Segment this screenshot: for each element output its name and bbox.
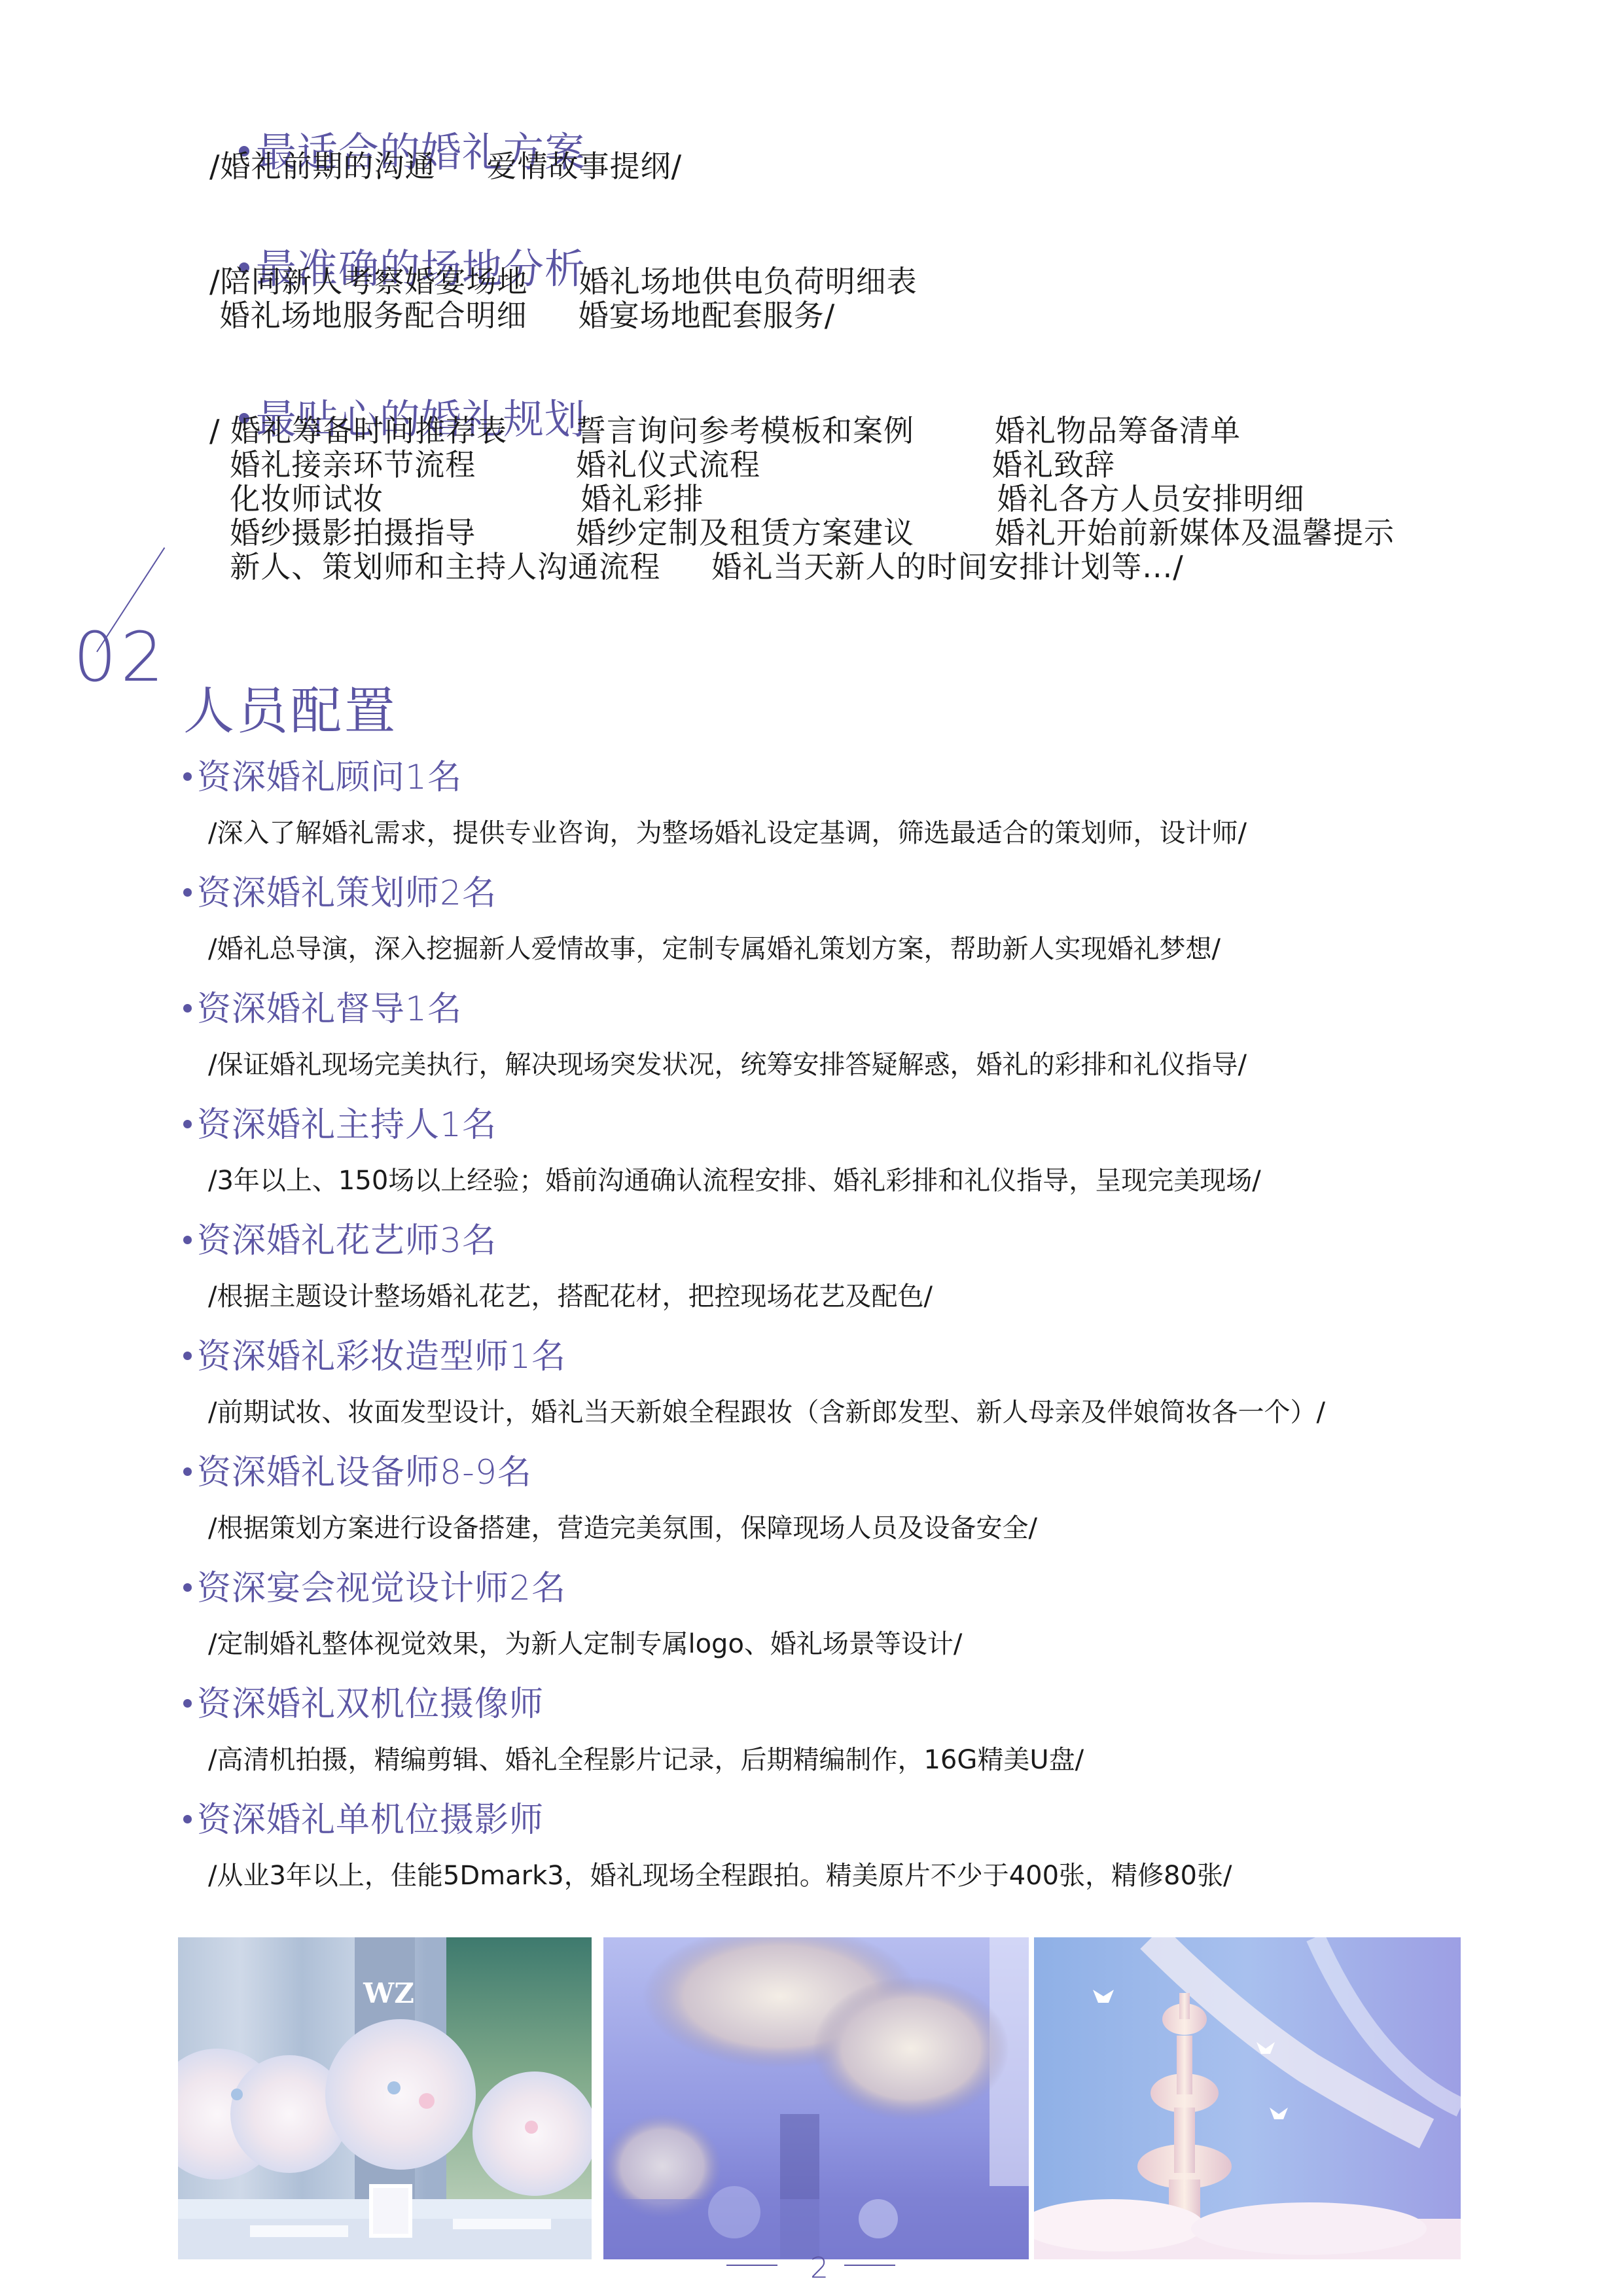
checklist-cell: 婚纱摄影拍摄指导 (209, 516, 476, 550)
staff-role-text: 资深婚礼花艺师3名 (197, 1221, 497, 1261)
staff-role: 资深婚礼主持人1名 (183, 1108, 497, 1142)
checklist-cell: 婚纱定制及租赁方案建议 (576, 516, 914, 550)
staff-role: 资深婚礼督导1名 (183, 992, 462, 1026)
staff-role-text: 资深婚礼彩妆造型师1名 (197, 1337, 566, 1376)
bullet-icon (183, 1583, 192, 1592)
staff-role: 资深婚礼花艺师3名 (183, 1224, 497, 1258)
staff-role: 资深婚礼双机位摄像师 (183, 1687, 544, 1721)
staff-desc: /根据主题设计整场婚礼花艺，搭配花材，把控现场花艺及配色/ (208, 1282, 933, 1312)
page-number: 2 (810, 2251, 829, 2285)
floral-centerpiece-image (603, 1937, 1029, 2259)
photo-hanging-flowers (603, 1937, 1029, 2259)
bullet-icon (183, 1352, 192, 1360)
section-number: 02 (73, 623, 168, 691)
checklist-cell: / 婚礼筹备时间推荐表 (209, 414, 507, 448)
staff-desc: /婚礼总导演，深入挖掘新人爱情故事，定制专属婚礼策划方案，帮助新人实现婚礼梦想/ (208, 934, 1221, 964)
svg-text:WZ: WZ (363, 1977, 414, 2009)
staff-role-text: 资深婚礼单机位摄影师 (197, 1801, 544, 1840)
photo-fountain (1034, 1937, 1461, 2259)
staff-desc: /根据策划方案进行设备搭建，营造完美氛围，保障现场人员及设备安全/ (208, 1513, 1037, 1543)
staff-role-text: 资深婚礼顾问1名 (197, 758, 462, 797)
footer-rule-right (844, 2265, 895, 2266)
checklist-cell: 婚礼致辞 (992, 448, 1115, 482)
staff-role-text: 资深婚礼主持人1名 (197, 1105, 497, 1145)
staff-role-text: 资深婚礼双机位摄像师 (197, 1685, 544, 1724)
detail-line: 婚礼场地服务配合明细 婚宴场地配套服务/ (209, 298, 835, 332)
staff-role-text: 资深婚礼设备师8-9名 (197, 1453, 532, 1492)
staff-desc: /定制婚礼整体视觉效果，为新人定制专属logo、婚礼场景等设计/ (208, 1629, 962, 1659)
fountain-doves-image (1034, 1937, 1461, 2259)
staff-desc: /从业3年以上，佳能5Dmark3，婚礼现场全程跟拍。精美原片不少于400张，精… (208, 1861, 1232, 1891)
staff-role-text: 资深婚礼策划师2名 (197, 874, 497, 913)
staff-role: 资深宴会视觉设计师2名 (183, 1571, 566, 1605)
detail-line: /婚礼前期的沟通 爱情故事提纲/ (209, 149, 682, 183)
bullet-icon (183, 1815, 192, 1823)
bullet-icon (183, 1120, 192, 1128)
wedding-table-flowers-image: WZ (178, 1937, 592, 2259)
footer-rule-left (726, 2265, 777, 2266)
section-title: 人员配置 (183, 686, 398, 737)
bullet-icon (183, 888, 192, 897)
staff-desc: /高清机拍摄，精编剪辑、婚礼全程影片记录，后期精编制作，16G精美U盘/ (208, 1745, 1084, 1775)
staff-desc: /前期试妆、妆面发型设计，婚礼当天新娘全程跟妆（含新郎发型、新人母亲及伴娘简妆各… (208, 1397, 1325, 1427)
staff-role: 资深婚礼设备师8-9名 (183, 1456, 532, 1490)
bullet-icon (183, 772, 192, 781)
staff-role: 资深婚礼顾问1名 (183, 761, 462, 795)
staff-role: 资深婚礼策划师2名 (183, 876, 497, 910)
checklist-cell: 婚礼彩排 (571, 482, 704, 516)
bullet-icon (183, 1236, 192, 1244)
staff-desc: /保证婚礼现场完美执行，解决现场突发状况，统筹安排答疑解惑，婚礼的彩排和礼仪指导… (208, 1050, 1247, 1080)
checklist-cell: 婚礼接亲环节流程 (209, 448, 476, 482)
checklist-cell: 新人、策划师和主持人沟通流程 婚礼当天新人的时间安排计划等.../ (209, 550, 1184, 584)
staff-role-text: 资深宴会视觉设计师2名 (197, 1569, 566, 1608)
staff-desc: /3年以上、150场以上经验；婚前沟通确认流程安排、婚礼彩排和礼仪指导，呈现完美… (208, 1166, 1261, 1196)
staff-desc: /深入了解婚礼需求，提供专业咨询，为整场婚礼设定基调，筛选最适合的策划师，设计师… (208, 818, 1247, 848)
checklist-cell: 婚礼仪式流程 (576, 448, 760, 482)
checklist-cell: 婚礼开始前新媒体及温馨提示 (995, 516, 1395, 550)
staff-role-text: 资深婚礼督导1名 (197, 990, 462, 1029)
bullet-icon (183, 1004, 192, 1013)
checklist-cell: 婚礼物品筹备清单 (995, 414, 1241, 448)
staff-role: 资深婚礼单机位摄影师 (183, 1803, 544, 1837)
checklist-cell: 誓言询问参考模板和案例 (576, 414, 914, 448)
checklist-cell: 化妆师试妆 (209, 482, 383, 516)
bullet-icon (183, 1467, 192, 1476)
detail-line: /陪同新人考察婚宴场地 婚礼场地供电负荷明细表 (209, 264, 918, 298)
staff-role: 资深婚礼彩妆造型师1名 (183, 1340, 566, 1374)
checklist-cell: 婚礼各方人员安排明细 (987, 482, 1305, 516)
bullet-icon (183, 1699, 192, 1708)
photo-sign-table: WZ (178, 1937, 592, 2259)
